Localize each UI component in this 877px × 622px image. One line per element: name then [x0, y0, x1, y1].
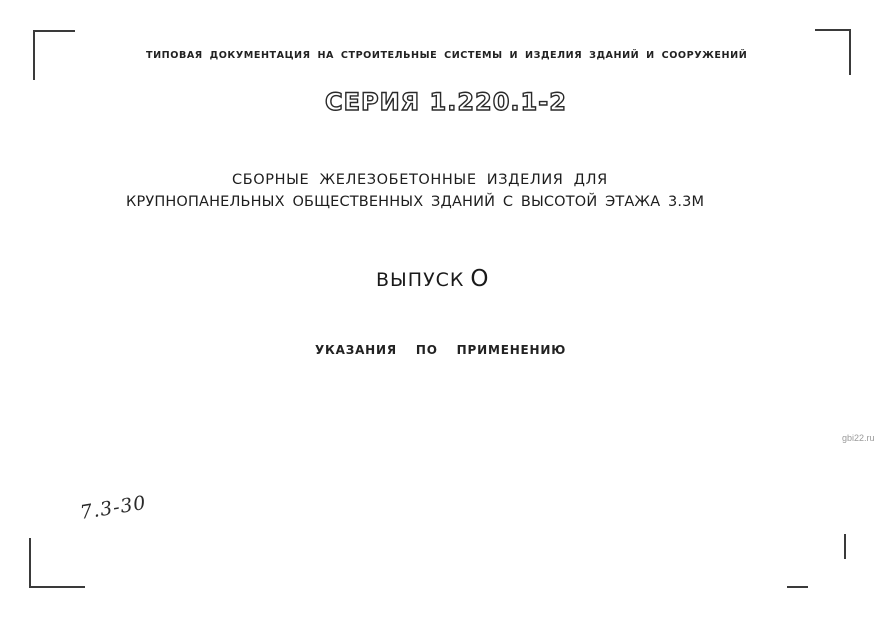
corner-mark-bottom-left-vertical — [29, 538, 31, 588]
series-title: Серия 1.220.1-2 — [325, 88, 575, 116]
corner-mark-top-right-horizontal — [815, 29, 851, 31]
watermark: gbi22.ru — [842, 433, 875, 443]
handwritten-note: 7.3-30 — [79, 492, 148, 524]
issue-label: Выпуск — [376, 269, 464, 291]
subtitle-line-1: Сборные железобетонные изделия для — [232, 172, 682, 188]
corner-mark-top-right-vertical — [849, 29, 851, 75]
corner-mark-top-left-horizontal — [33, 30, 75, 32]
corner-mark-bottom-right-vertical — [844, 534, 846, 559]
corner-mark-bottom-right-horizontal — [787, 586, 808, 588]
subtitle-line-2: крупнопанельных общественных зданий с вы… — [126, 194, 766, 210]
corner-mark-bottom-left-horizontal — [29, 586, 85, 588]
issue-heading: ВыпускО — [376, 266, 576, 292]
usage-title: Указания по применению — [315, 343, 615, 357]
issue-number: О — [470, 266, 489, 292]
corner-mark-top-left-vertical — [33, 30, 35, 80]
document-header: Типовая документация на строительные сис… — [146, 50, 746, 61]
